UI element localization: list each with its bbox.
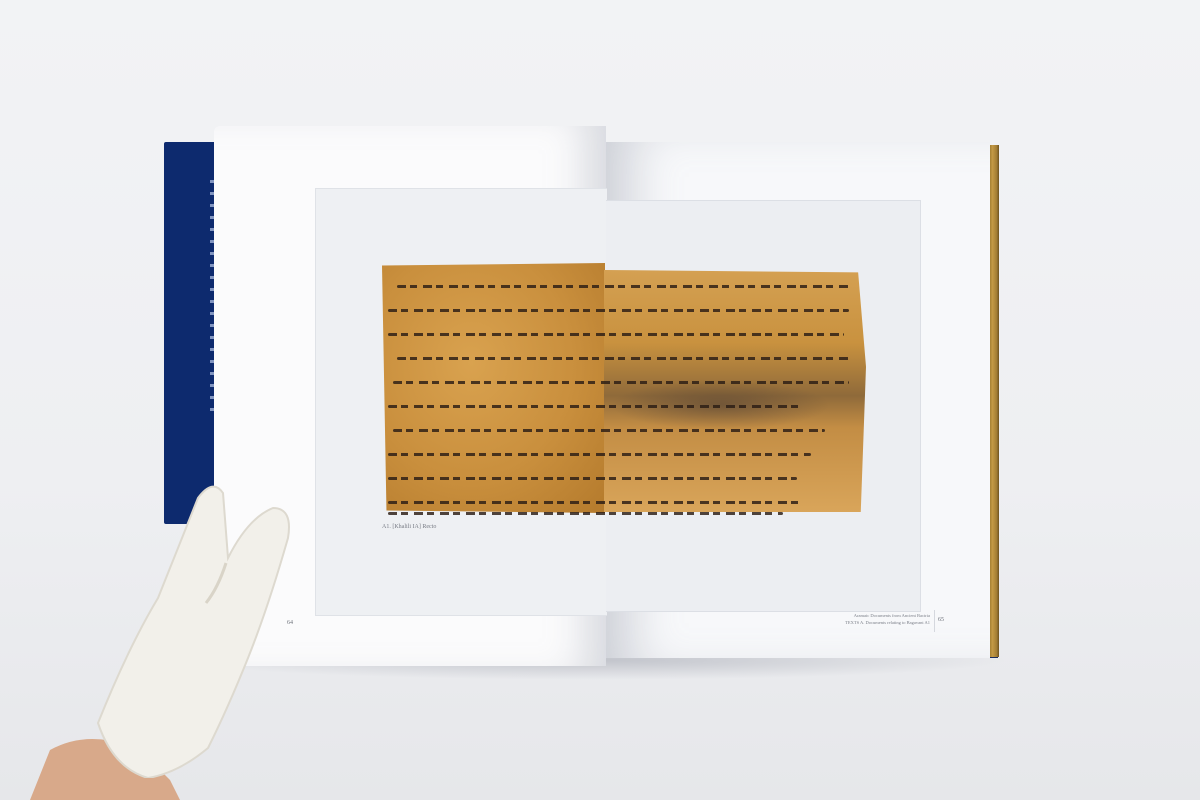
running-head-divider (934, 610, 935, 632)
plate-caption: A1. [Khalili IA] Recto (382, 524, 436, 530)
running-head-title: Aramaic Documents from Ancient Bactria (790, 612, 930, 619)
running-head-section: TEXTS A. Documents relating to Bagavant … (790, 619, 930, 626)
page-number-right: 65 (938, 617, 944, 623)
white-glove-hand (88, 478, 298, 778)
running-head: Aramaic Documents from Ancient Bactria T… (790, 612, 930, 626)
manuscript-text-lines (388, 285, 858, 536)
